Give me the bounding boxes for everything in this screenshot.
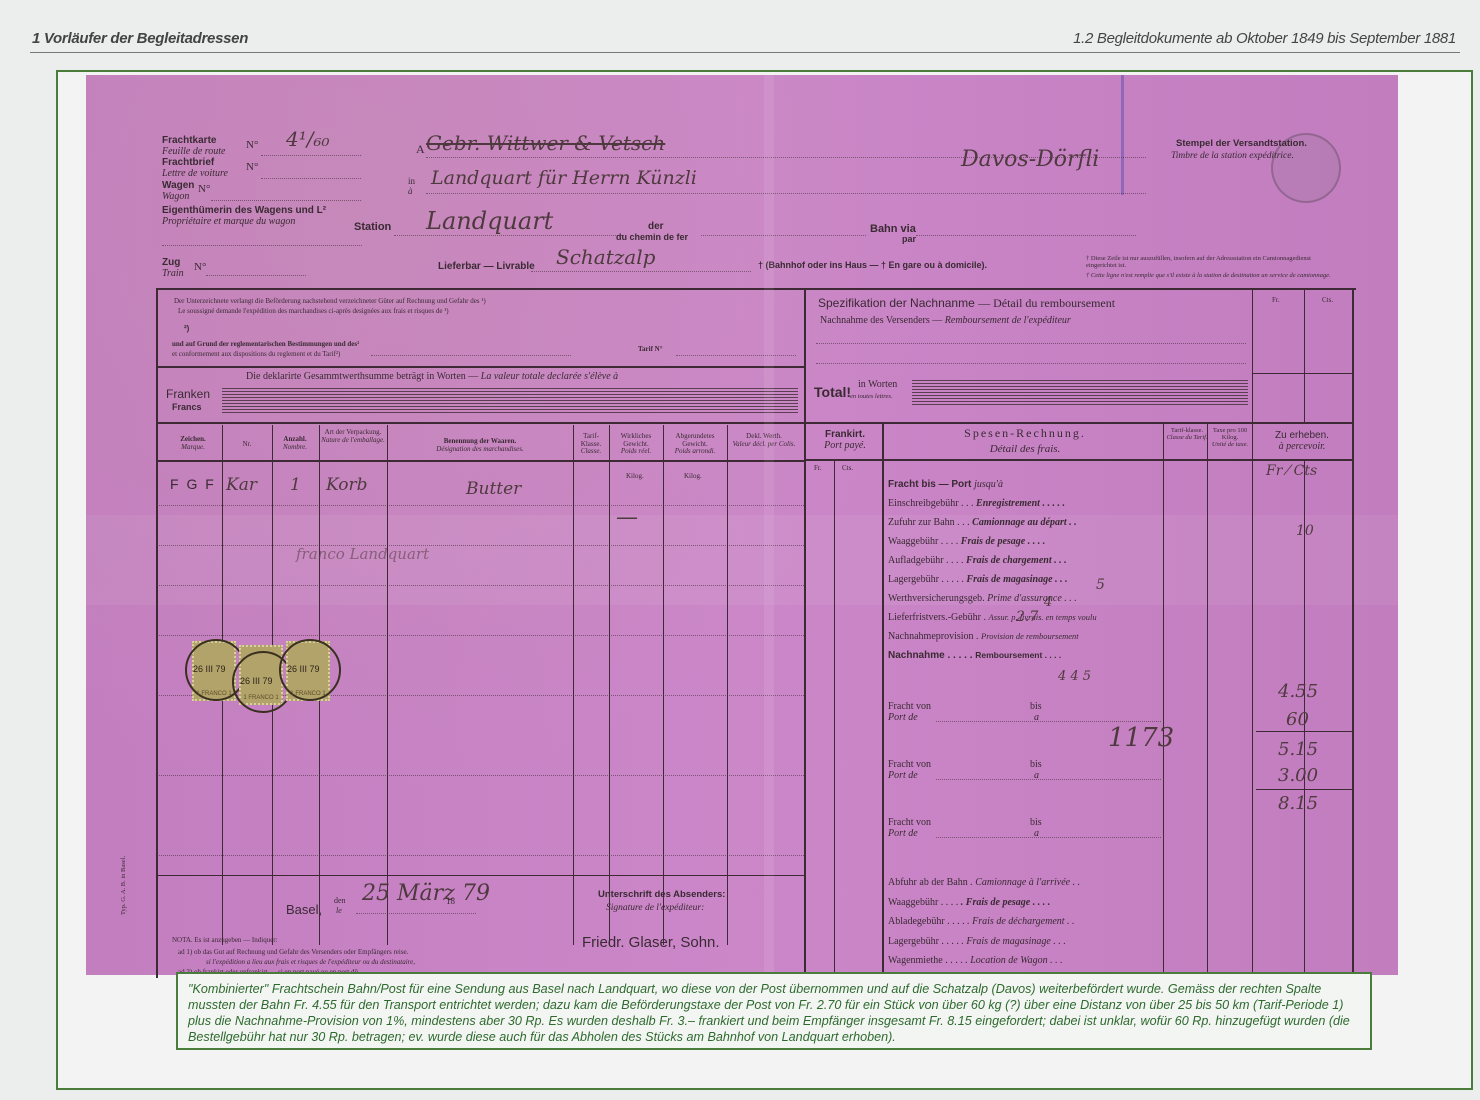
handwritten-4-4-5: 4 4 5 [1058,669,1091,684]
postage-stamp: 26 III 79 1 FRANCO 1 [192,641,236,701]
rule [609,425,610,945]
freight-bis: bis [1030,759,1042,770]
cost-item: Nachnahme . . . . . Remboursement . . . … [888,650,1162,669]
dotted-line [816,363,1246,364]
col-designation: Benennung der Waaren.Désignation des mar… [388,438,572,453]
col-valeur: Dekl. Werth.Valeur décl. per Colis. [728,433,800,448]
rule [1352,288,1354,978]
in-words-label: in Worten [858,379,897,390]
rule [573,425,574,945]
rule [387,425,388,945]
freight-de: Port de [888,770,918,781]
sum-line [1256,731,1352,732]
a-label: A [416,143,425,156]
rule [804,288,806,978]
rule [156,875,804,876]
rule [804,459,1352,461]
cod-subtitle: Nachnahme des Versenders — Remboursement… [820,315,1071,326]
rule [156,366,804,368]
freight-von: Fracht von [888,701,931,712]
dotted-line [916,235,1136,236]
cost-item: Zufuhr zur Bahn . . . Camionnage au dépa… [888,517,1162,536]
dotted-line [426,193,1146,194]
rule [804,422,1352,424]
deliverable-value: Schatzalp [556,245,655,269]
railway-label-fr: du chemin de fer [616,233,688,243]
charge-4-55: 4.55 [1278,681,1318,702]
fr-label: Fr. [1272,297,1280,305]
printer-imprint: Typ. G. A. B. in Basel. [120,856,127,915]
rule [156,288,1356,290]
year-value: 79 [462,881,490,906]
goods-nr: Kar [226,475,257,495]
goods-count: 1 [290,475,301,495]
goods-name: Butter [466,479,521,499]
nota-ad1: ad 1) ob das Gut auf Rechnung und Gefahr… [178,949,408,957]
year-prefix: 18 [446,897,455,907]
sender-name-struck: Gebr. Wittwer & Vetsch [426,131,665,155]
stamp-title-fr: Timbre de la station expéditrice. [1171,151,1294,161]
reglement-de: und auf Grund der reglementarischen Best… [172,341,359,349]
dotted-line [816,343,1246,344]
rule [1304,288,1305,423]
col-tarif: Tarif-Klasse.Classe. [574,433,608,456]
frachtkarte-number: 4¹/₆₀ [286,127,330,151]
tarif-label: Tarif N° [638,346,663,354]
note-2: ²) [184,325,189,334]
col-nombre: Anzahl.Nombre. [272,436,318,451]
rule [1252,373,1352,374]
handwritten-10: 10 [1296,523,1314,539]
handwritten-5: 5 [1096,577,1105,593]
rule [727,425,728,945]
dotted-line [156,775,804,776]
freight-de: Port de [888,712,918,723]
rule [663,425,664,945]
francs-label: Francs [172,403,202,413]
dotted-line [676,355,796,356]
no-label: N° [246,139,258,151]
den-label: den [334,897,346,906]
exhibit-caption: "Kombinierter" Frachtschein Bahn/Post fü… [176,972,1372,1050]
dotted-line [261,155,361,156]
rule [1252,422,1253,978]
arrival-item: Lagergebühr . . . . . Frais de magasinag… [888,936,1162,956]
dotted-line [936,779,1161,780]
cts-label: Cts. [1322,297,1333,305]
zug-label: ZugTrain [162,257,184,279]
signer-label: Unterschrift des Absenders: [598,890,725,900]
col-nr: Nr. [222,441,272,449]
freight-bis: bis [1030,817,1042,828]
dotted-line [936,721,1161,722]
cts-label: Cts. [842,465,853,473]
cost-item: Fracht bis — Port jusqu'à [888,479,1162,498]
frankirt-header: Frankirt.Port payé. [808,429,882,451]
request-de: Der Unterzeichnete verlangt die Beförder… [174,298,486,306]
postage-stamp: 26 III 79 1 FRANCO 1 [286,641,330,701]
station-value: Landquart [426,207,553,235]
frachtkarte-label: FrachtkarteFeuille de route [162,135,226,157]
dotted-line [936,837,1161,838]
dotted-line [371,355,571,356]
signer-label-fr: Signature de l'expéditeur: [606,903,704,913]
cost-item: Waaggebühr . . . . Frais de pesage . . .… [888,536,1162,555]
dotted-line [394,235,624,236]
railway-label: der [648,221,664,232]
station-stamp-mark [1121,75,1149,195]
rule [1252,288,1253,423]
rule [156,422,804,424]
destination-davos: Davos-Dörfli [961,147,1099,172]
section-title: 1.2 Begleitdokumente ab Oktober 1849 bis… [1073,30,1456,47]
no-label: N° [194,261,206,273]
charge-total-8-15: 8.15 [1278,793,1318,814]
freight-von: Fracht von [888,759,931,770]
freight-document: FrachtkarteFeuille de route N° 4¹/₆₀ Fra… [86,75,1398,975]
tarif-class-header: Tarif-klasse.Classe du Tarif. [1166,427,1208,441]
erheben-header: Zu erheben.à percevoir. [1254,430,1350,452]
dotted-line [156,505,804,506]
total-hatch [912,380,1248,405]
cost-item: Einschreibgebühr . . . Enregistrement . … [888,498,1162,517]
cost-item: Lagergebühr . . . . . Frais de magasinag… [888,574,1162,593]
reglement-fr: et conformement aux dispositions du regl… [172,351,340,359]
charge-60: 60 [1286,709,1309,730]
arrival-item: Abfuhr ab der Bahn . Camionnage à l'arri… [888,877,1162,897]
dotted-line [701,235,866,236]
dotted-line [162,245,362,246]
footnote-de: † Diese Zeile ist nur auszufüllen, insof… [1086,255,1336,269]
le-label: le [336,907,342,916]
dotted-line [206,275,306,276]
frachtbrief-label: FrachtbriefLettre de voiture [162,157,228,179]
chapter-title: 1 Vorläufer der Begleitadressen [32,30,248,47]
arrival-item: Abladegebühr . . . . . Frais de décharge… [888,916,1162,936]
deliverable-label: Lieferbar — Livrable [438,261,535,272]
taxe-header: Taxe pro 100 Kilog.Unité de taxe. [1208,427,1252,448]
declared-hatch [222,388,798,413]
in-words-fr: en toutes lettres. [850,393,893,400]
sum-line [1256,789,1352,790]
deliverable-hint: † (Bahnhof oder ins Haus — † En gare ou … [758,261,987,271]
kilog-unit: Kilog. [626,473,644,481]
via-label-fr: par [902,235,916,245]
wagen-label: WagenWagon [162,180,194,202]
dotted-line [531,271,751,272]
rule [882,422,884,978]
no-label: N° [246,161,258,173]
dotted-line [156,855,804,856]
col-poids-reel: Wirkliches Gewicht.Poids réel. [610,433,662,456]
signature-date: 25 März [362,881,455,906]
rule [1207,422,1208,978]
header-rule [30,52,1460,53]
no-label: N° [198,183,210,195]
nota-title: NOTA. Es ist anzugeben — Indiquer: [172,937,278,945]
stamp-title: Stempel der Versandtstation. [1176,139,1307,149]
dotted-line [156,585,804,586]
dotted-line [156,635,804,636]
album-page: 1 Vorläufer der Begleitadressen 1.2 Begl… [0,0,1480,1100]
dotted-line [211,200,361,201]
col-emballage: Art der Verpackung.Nature de l'emballage… [320,429,386,444]
handwritten-1173: 1173 [1108,723,1174,753]
dotted-line [356,913,476,914]
place-basel: Basel, [286,903,322,917]
col-marque: Zeichen.Marque. [164,436,222,451]
franken-label: Franken [166,388,210,401]
rule [156,460,804,462]
cost-items: Fracht bis — Port jusqu'à Einschreibgebü… [888,479,1162,669]
goods-mark: F G F [170,477,216,492]
handwritten-2-7: 2.7 [1016,609,1038,625]
owner-label: Eigenthümerin des Wagens und L²Propriéta… [162,205,326,227]
arrival-items: Abfuhr ab der Bahn . Camionnage à l'arri… [888,877,1162,975]
in-label: inà [408,177,415,197]
nota-ad1-fr: si l'expédition a lieu aux frais et risq… [206,959,415,967]
total-label: Total! [814,385,851,400]
freight-von: Fracht von [888,817,931,828]
costs-title-fr: Détail des frais. [886,443,1164,455]
goods-note: franco Landquart [296,545,429,563]
fold-band [86,515,1398,605]
arrival-item: Waaggebühr . . . . . Frais de pesage . .… [888,897,1162,917]
fr-label: Fr. [814,465,822,473]
freight-de: Port de [888,828,918,839]
recipient-place: Landquart für Herrn Künzli [431,167,697,189]
postage-stamps: 26 III 79 1 FRANCO 1 26 III 79 1 FRANCO … [192,641,330,705]
signer-name: Friedr. Glaser, Sohn. [582,935,720,952]
dotted-line [156,545,804,546]
goods-packing: Korb [326,475,368,495]
cost-item: Aufladgebühr . . . . Frais de chargement… [888,555,1162,574]
freight-bis: bis [1030,701,1042,712]
cost-item: Nachnahmeprovision . Provision de rembou… [888,631,1162,650]
charge-3-00: 3.00 [1278,765,1318,786]
postage-stamp: 26 III 79 1 FRANCO 1 [239,645,283,705]
col-poids-arrondi: Abgerundetes Gewicht.Poids arrondi. [664,433,726,456]
station-label: Station [354,221,391,233]
rule [1163,422,1164,978]
request-fr: Le soussigné demande l'expédition des ma… [178,308,449,316]
cod-title: Spezifikation der Nachnanme — Détail du … [818,297,1115,310]
handwritten-4: 4 [1044,595,1052,610]
footnote-fr: † Cette ligne n'est remplie que s'il exi… [1086,272,1336,279]
kilog-unit: Kilog. [684,473,702,481]
charge-5-15: 5.15 [1278,739,1318,760]
dotted-line [261,178,361,179]
rule [834,459,835,978]
handwritten-header-mark: Fr ⁄ Cts [1266,463,1317,479]
costs-title: Spesen-Rechnung. [886,427,1164,440]
caption-text: "Kombinierter" Frachtschein Bahn/Post fü… [188,981,1360,1045]
declared-title: Die deklarirte Gesammtwerthsumme beträgt… [246,371,618,382]
goods-weight-struck: — [616,505,638,530]
